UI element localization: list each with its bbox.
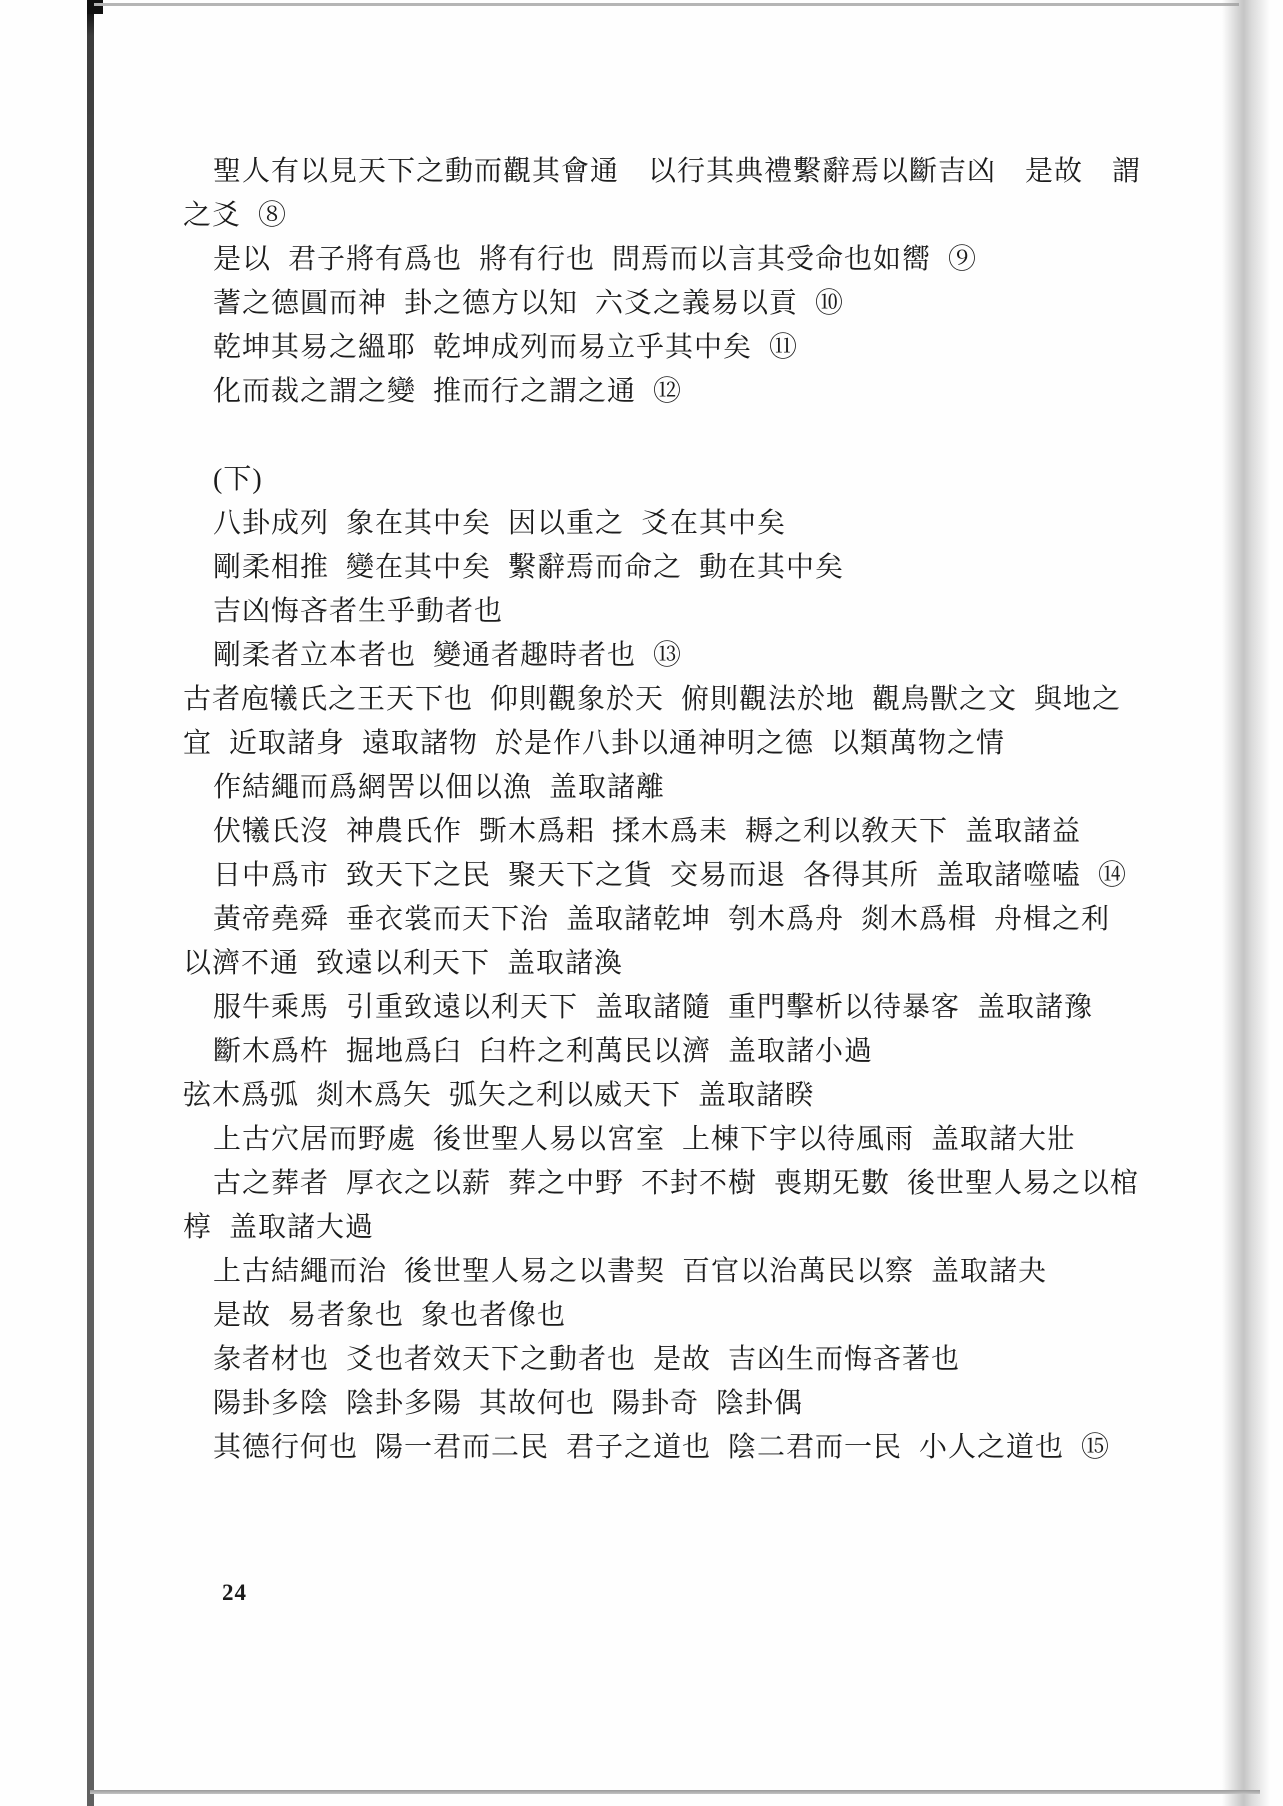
- text-line: 黃帝堯舜 垂衣裳而天下治 盖取諸乾坤 刳木爲舟 剡木爲楫 舟楫之利: [183, 898, 1103, 942]
- text-line: 伏犧氏沒 神農氏作 斲木爲耜 揉木爲耒 耨之利以敎天下 盖取諸益: [183, 810, 1103, 854]
- text-line: 服牛乘馬 引重致遠以利天下 盖取諸隨 重門擊析以待暴客 盖取諸豫: [183, 986, 1103, 1030]
- text-line: 上古結繩而治 後世聖人易之以書契 百官以治萬民以察 盖取諸夬: [183, 1250, 1103, 1294]
- text-line: 宜 近取諸身 遠取諸物 於是作八卦以通神明之德 以類萬物之情: [183, 722, 1103, 766]
- text-line: 以濟不通 致遠以利天下 盖取諸渙: [183, 942, 1103, 986]
- scanned-book-page: 聖人有以見天下之動而觀其會通 以行其典禮繫辭焉以斷吉凶 是故 謂 之爻 ⑧ 是以…: [0, 0, 1283, 1806]
- page-number: 24: [222, 1580, 247, 1606]
- text-line: 八卦成列 象在其中矣 因以重之 爻在其中矣: [183, 502, 1103, 546]
- text-line: 日中爲市 致天下之民 聚天下之貨 交易而退 各得其所 盖取諸噬嗑 ⑭: [183, 854, 1103, 898]
- text-line: 上古穴居而野處 後世聖人易以宮室 上棟下宇以待風雨 盖取諸大壯: [183, 1118, 1103, 1162]
- scan-edge-left: [87, 0, 94, 1806]
- blank-line: [183, 414, 1103, 458]
- text-line: 剛柔相推 變在其中矣 繫辭焉而命之 動在其中矣: [183, 546, 1103, 590]
- text-line: 乾坤其易之縕耶 乾坤成列而易立乎其中矣 ⑪: [183, 326, 1103, 370]
- body-text: 聖人有以見天下之動而觀其會通 以行其典禮繫辭焉以斷吉凶 是故 謂 之爻 ⑧ 是以…: [183, 150, 1103, 1470]
- text-line: 斷木爲杵 掘地爲臼 臼杵之利萬民以濟 盖取諸小過: [183, 1030, 1103, 1074]
- text-line: 是以 君子將有爲也 將有行也 問焉而以言其受命也如嚮 ⑨: [183, 238, 1103, 282]
- scan-shadow-right: [1222, 0, 1270, 1806]
- text-line: 化而裁之謂之變 推而行之謂之通 ⑫: [183, 370, 1103, 414]
- text-line: 古者庖犧氏之王天下也 仰則觀象於天 俯則觀法於地 觀鳥獸之文 與地之: [183, 678, 1103, 722]
- text-line: 蓍之德圓而神 卦之德方以知 六爻之義易以貢 ⑩: [183, 282, 1103, 326]
- text-line: 剛柔者立本者也 變通者趣時者也 ⑬: [183, 634, 1103, 678]
- text-line: 古之葬者 厚衣之以薪 葬之中野 不封不樹 喪期旡數 後世聖人易之以棺: [183, 1162, 1103, 1206]
- text-line: 之爻 ⑧: [183, 194, 1103, 238]
- scan-edge-top: [94, 3, 1239, 6]
- text-line: 吉凶悔吝者生乎動者也: [183, 590, 1103, 634]
- section-header: (下): [183, 458, 1103, 502]
- text-line: 椁 盖取諸大過: [183, 1206, 1103, 1250]
- text-line: 其德行何也 陽一君而二民 君子之道也 陰二君而一民 小人之道也 ⑮: [183, 1426, 1103, 1470]
- text-line: 聖人有以見天下之動而觀其會通 以行其典禮繫辭焉以斷吉凶 是故 謂: [183, 150, 1103, 194]
- text-line: 作結繩而爲網罟以佃以漁 盖取諸離: [183, 766, 1103, 810]
- scan-edge-bottom: [90, 1790, 1260, 1794]
- text-line: 是故 易者象也 象也者像也: [183, 1294, 1103, 1338]
- text-line: 彖者材也 爻也者效天下之動者也 是故 吉凶生而悔吝著也: [183, 1338, 1103, 1382]
- text-line: 弦木爲弧 剡木爲矢 弧矢之利以威天下 盖取諸睽: [183, 1074, 1103, 1118]
- text-line: 陽卦多陰 陰卦多陽 其故何也 陽卦奇 陰卦偶: [183, 1382, 1103, 1426]
